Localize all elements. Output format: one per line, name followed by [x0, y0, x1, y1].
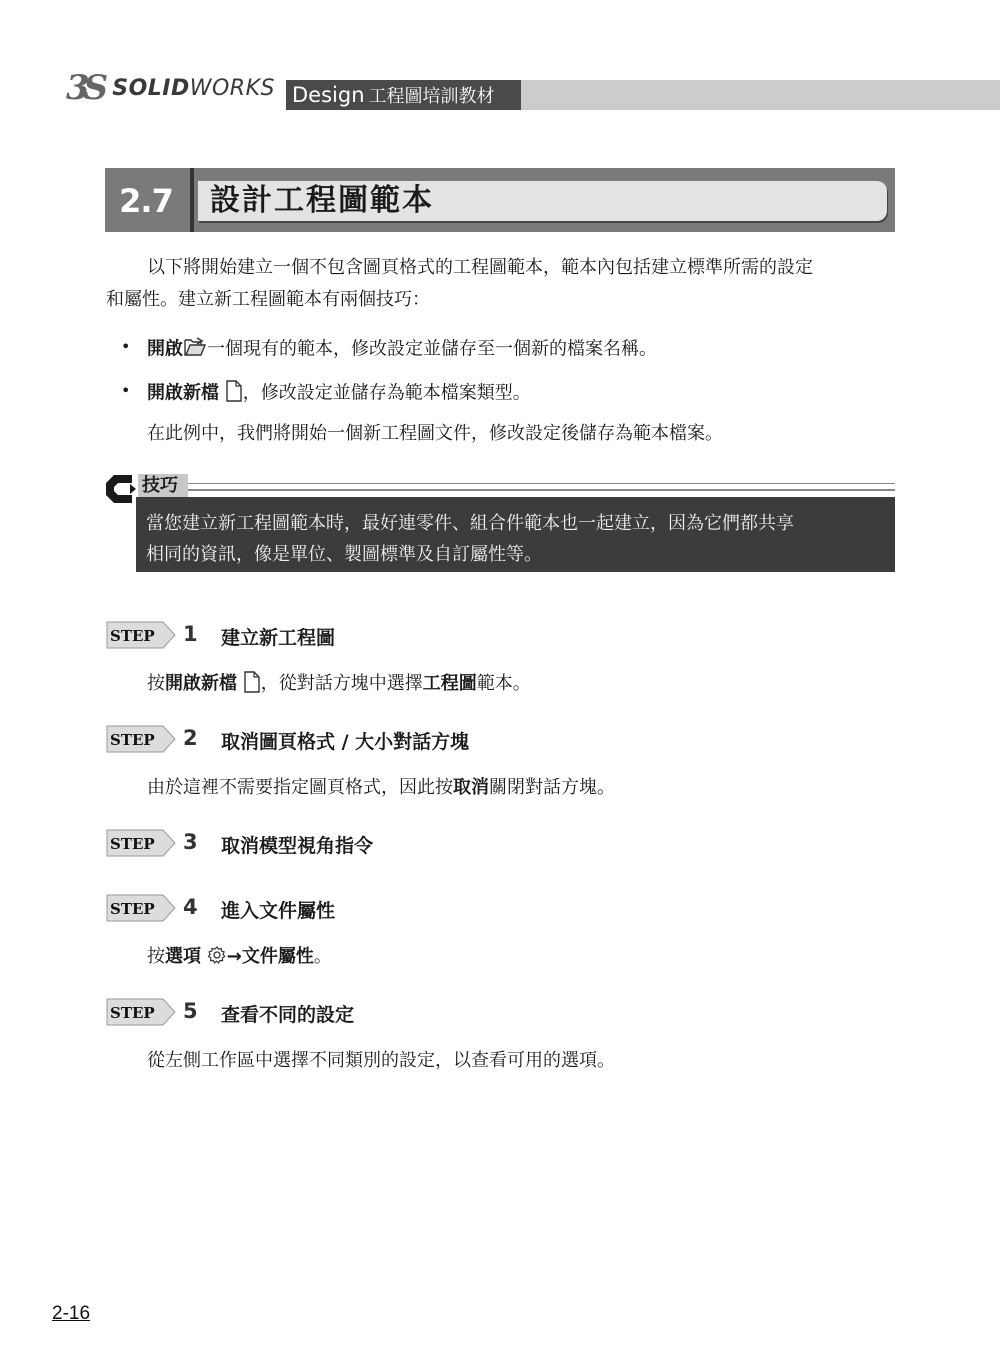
- example-text: 在此例中，我們將開始一個新工程圖文件，修改設定後儲存為範本檔案。: [147, 424, 723, 444]
- step-1-bold-open-new: 開啟新檔: [165, 673, 237, 694]
- section-divider: [190, 168, 194, 232]
- step-4-pre: 按: [147, 946, 165, 967]
- bullet-dot: •: [121, 381, 130, 400]
- step-1-mid: ，從對話方塊中選擇: [261, 673, 423, 694]
- tip-box: 當您建立新工程圖範本時，最好連零件、組合件範本也一起建立，因為它們都共享 相同的…: [136, 497, 895, 572]
- step-number: 2: [183, 726, 198, 750]
- step-2-bold-cancel: 取消: [453, 777, 489, 798]
- bullet-bold-open: 開啟: [147, 339, 183, 360]
- tip-label: 技巧: [138, 474, 188, 498]
- step-badge-icon: STEP: [106, 620, 176, 650]
- step-4-body: 按選項 →文件屬性。: [147, 942, 332, 970]
- solidworks-logo: 3S SOLIDWORKS: [66, 66, 275, 110]
- intro-line-2: 和屬性。建立新工程圖範本有兩個技巧：: [106, 290, 430, 310]
- step-1-bold-drawing: 工程圖: [423, 673, 477, 694]
- step-number: 4: [183, 895, 198, 919]
- new-document-icon: [225, 380, 243, 407]
- header-strip: [521, 80, 1000, 110]
- step-4-post: 。: [314, 946, 332, 967]
- page-number: 2-16: [52, 1303, 90, 1325]
- step-title: 建立新工程圖: [221, 623, 335, 650]
- brand-name: SOLIDWORKS: [112, 76, 275, 101]
- step-4-bold-options: 選項: [165, 946, 201, 967]
- step-number: 5: [183, 999, 198, 1023]
- tip-rule: [188, 483, 895, 491]
- section-number: 2.7: [105, 168, 187, 232]
- new-document-icon: [243, 671, 261, 698]
- bullet-dot: •: [121, 337, 130, 356]
- section-heading: 2.7 設計工程圖範本: [105, 168, 895, 232]
- book-title: Design工程圖培訓教材: [286, 80, 521, 110]
- ds-logo-mark-icon: 3S: [66, 68, 102, 108]
- step-number: 3: [183, 830, 198, 854]
- step-2-body: 由於這裡不需要指定圖頁格式，因此按取消關閉對話方塊。: [147, 773, 615, 799]
- section-title: 設計工程圖範本: [210, 181, 434, 221]
- brand-bold: SOLID: [112, 76, 190, 101]
- step-1-post: 範本。: [477, 673, 531, 694]
- step-badge-icon: STEP: [106, 724, 176, 754]
- bullet-item-new: 開啟新檔 ，修改設定並儲存為範本檔案類型。: [147, 380, 531, 407]
- step-title: 進入文件屬性: [221, 896, 335, 923]
- bullet-text-open: 一個現有的範本，修改設定並儲存至一個新的檔案名稱。: [207, 339, 657, 360]
- step-badge-icon: STEP: [106, 828, 176, 858]
- book-title-zh: 工程圖培訓教材: [369, 86, 495, 107]
- step-2-post: 關閉對話方塊。: [489, 777, 615, 798]
- tip-line-2: 相同的資訊，像是單位、製圖標準及自訂屬性等。: [146, 540, 542, 566]
- bullet-text-new: ，修改設定並儲存為範本檔案類型。: [243, 383, 531, 404]
- svg-text:STEP: STEP: [110, 627, 155, 645]
- tip-c-icon: [104, 473, 136, 505]
- bullet-bold-new: 開啟新檔: [147, 383, 219, 404]
- step-title: 查看不同的設定: [221, 1000, 354, 1027]
- step-badge-icon: STEP: [106, 893, 176, 923]
- step-2-pre: 由於這裡不需要指定圖頁格式，因此按: [147, 777, 453, 798]
- brand-rest: WORKS: [190, 76, 275, 101]
- step-title: 取消圖頁格式 / 大小對話方塊: [221, 727, 469, 754]
- step-number: 1: [183, 622, 198, 646]
- section-title-pill: 設計工程圖範本: [198, 181, 887, 221]
- bullet-item-open: 開啟一個現有的範本，修改設定並儲存至一個新的檔案名稱。: [147, 336, 657, 363]
- step-5-body: 從左側工作區中選擇不同類別的設定，以查看可用的選項。: [147, 1046, 615, 1072]
- step-4-bold-doc-props: →文件屬性: [227, 946, 314, 967]
- step-1-pre: 按: [147, 673, 165, 694]
- svg-text:STEP: STEP: [110, 835, 155, 853]
- open-folder-icon: [183, 336, 207, 363]
- tip-line-1: 當您建立新工程圖範本時，最好連零件、組合件範本也一起建立，因為它們都共享: [146, 509, 794, 535]
- intro-line-1: 以下將開始建立一個不包含圖頁格式的工程圖範本，範本內包括建立標準所需的設定: [147, 258, 813, 278]
- svg-text:STEP: STEP: [110, 900, 155, 918]
- step-title: 取消模型視角指令: [221, 831, 373, 858]
- svg-text:STEP: STEP: [110, 1004, 155, 1022]
- gear-icon: [207, 945, 227, 970]
- book-title-en: Design: [292, 83, 365, 107]
- running-header: 3S SOLIDWORKS Design工程圖培訓教材: [60, 66, 1000, 112]
- svg-text:STEP: STEP: [110, 731, 155, 749]
- step-badge-icon: STEP: [106, 997, 176, 1027]
- step-1-body: 按開啟新檔 ，從對話方塊中選擇工程圖範本。: [147, 669, 531, 698]
